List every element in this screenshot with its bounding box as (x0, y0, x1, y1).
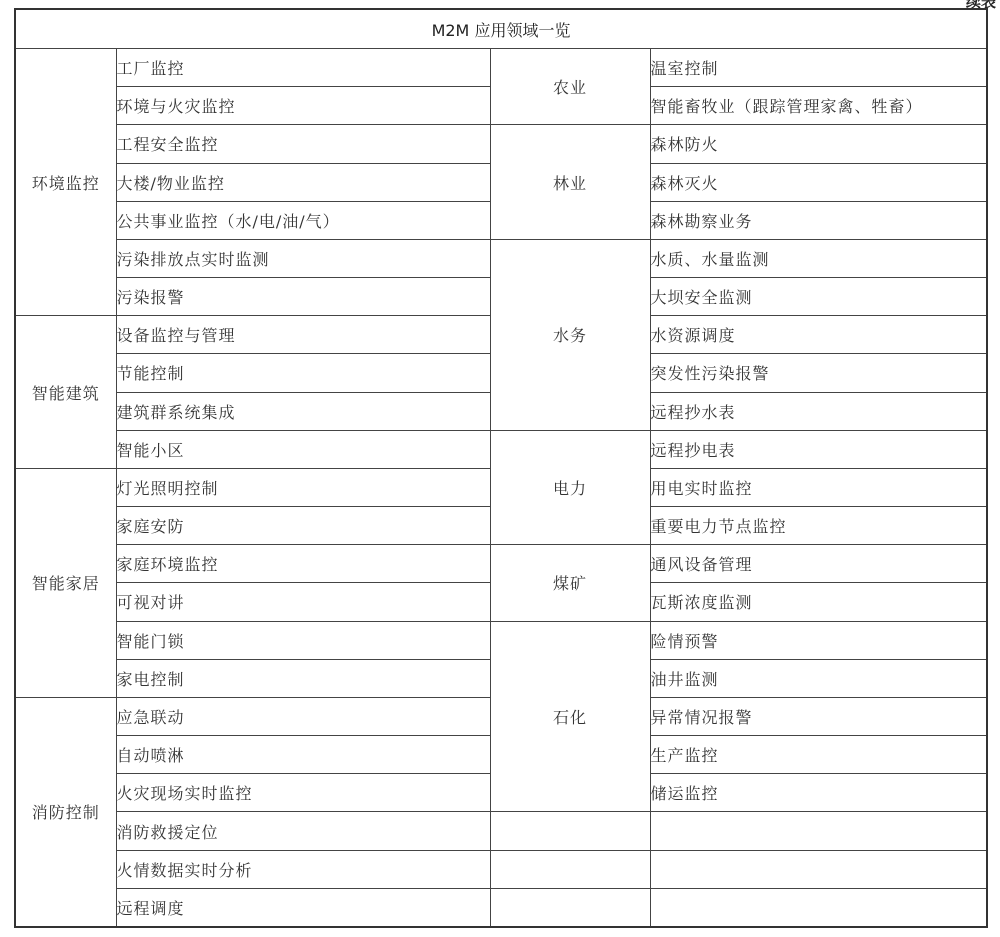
left-item-cell: 自动喷淋 (116, 736, 490, 774)
right-item-cell: 重要电力节点监控 (650, 507, 987, 545)
table-row: 智能小区电力远程抄电表 (15, 430, 987, 468)
right-item-cell: 智能畜牧业（跟踪管理家禽、牲畜） (650, 87, 987, 125)
right-item-cell: 异常情况报警 (650, 697, 987, 735)
left-item-cell: 建筑群系统集成 (116, 392, 490, 430)
left-item-cell: 家庭环境监控 (116, 545, 490, 583)
right-item-cell: 远程抄电表 (650, 430, 987, 468)
left-item-cell: 火灾现场实时监控 (116, 774, 490, 812)
right-category-cell: 电力 (490, 430, 650, 545)
right-item-cell: 突发性污染报警 (650, 354, 987, 392)
right-category-cell (490, 850, 650, 888)
left-category-cell: 消防控制 (15, 697, 116, 927)
left-item-cell: 污染排放点实时监测 (116, 239, 490, 277)
left-category-cell: 智能家居 (15, 468, 116, 697)
table-row: 智能门锁石化险情预警 (15, 621, 987, 659)
left-item-cell: 智能门锁 (116, 621, 490, 659)
table-title-row: M2M 应用领域一览 (15, 9, 987, 49)
right-item-cell: 水资源调度 (650, 316, 987, 354)
right-item-cell: 油井监测 (650, 659, 987, 697)
right-category-cell (490, 888, 650, 927)
table-body: 环境监控工厂监控农业温室控制环境与火灾监控智能畜牧业（跟踪管理家禽、牲畜）工程安… (15, 49, 987, 928)
table-row: 火情数据实时分析 (15, 850, 987, 888)
left-item-cell: 可视对讲 (116, 583, 490, 621)
right-category-cell: 林业 (490, 125, 650, 240)
right-item-cell: 森林勘察业务 (650, 201, 987, 239)
right-item-cell: 森林灭火 (650, 163, 987, 201)
left-item-cell: 应急联动 (116, 697, 490, 735)
right-category-cell (490, 812, 650, 850)
left-item-cell: 消防救援定位 (116, 812, 490, 850)
table-title: M2M 应用领域一览 (15, 9, 987, 49)
table-row: 污染排放点实时监测水务水质、水量监测 (15, 239, 987, 277)
left-item-cell: 火情数据实时分析 (116, 850, 490, 888)
left-category-cell: 智能建筑 (15, 316, 116, 469)
left-item-cell: 智能小区 (116, 430, 490, 468)
table-row: 消防救援定位 (15, 812, 987, 850)
right-item-cell: 大坝安全监测 (650, 278, 987, 316)
table-row: 工程安全监控林业森林防火 (15, 125, 987, 163)
table-row: 环境监控工厂监控农业温室控制 (15, 49, 987, 87)
right-item-cell (650, 888, 987, 927)
right-category-cell: 石化 (490, 621, 650, 812)
left-item-cell: 灯光照明控制 (116, 468, 490, 506)
right-item-cell: 温室控制 (650, 49, 987, 87)
left-item-cell: 公共事业监控（水/电/油/气） (116, 201, 490, 239)
right-item-cell (650, 850, 987, 888)
left-item-cell: 环境与火灾监控 (116, 87, 490, 125)
right-item-cell: 用电实时监控 (650, 468, 987, 506)
right-category-cell: 水务 (490, 239, 650, 430)
right-category-cell: 农业 (490, 49, 650, 125)
right-item-cell: 森林防火 (650, 125, 987, 163)
right-item-cell: 生产监控 (650, 736, 987, 774)
table-row: 远程调度 (15, 888, 987, 927)
left-item-cell: 工厂监控 (116, 49, 490, 87)
right-item-cell: 险情预警 (650, 621, 987, 659)
right-item-cell: 水质、水量监测 (650, 239, 987, 277)
table-row: 家庭环境监控煤矿通风设备管理 (15, 545, 987, 583)
right-item-cell (650, 812, 987, 850)
left-item-cell: 节能控制 (116, 354, 490, 392)
right-item-cell: 远程抄水表 (650, 392, 987, 430)
left-item-cell: 远程调度 (116, 888, 490, 927)
right-category-cell: 煤矿 (490, 545, 650, 621)
right-item-cell: 瓦斯浓度监测 (650, 583, 987, 621)
left-item-cell: 设备监控与管理 (116, 316, 490, 354)
m2m-application-table: M2M 应用领域一览 环境监控工厂监控农业温室控制环境与火灾监控智能畜牧业（跟踪… (14, 8, 988, 928)
right-item-cell: 储运监控 (650, 774, 987, 812)
left-item-cell: 家电控制 (116, 659, 490, 697)
left-item-cell: 污染报警 (116, 278, 490, 316)
left-item-cell: 大楼/物业监控 (116, 163, 490, 201)
left-item-cell: 家庭安防 (116, 507, 490, 545)
left-category-cell: 环境监控 (15, 49, 116, 316)
right-item-cell: 通风设备管理 (650, 545, 987, 583)
left-item-cell: 工程安全监控 (116, 125, 490, 163)
